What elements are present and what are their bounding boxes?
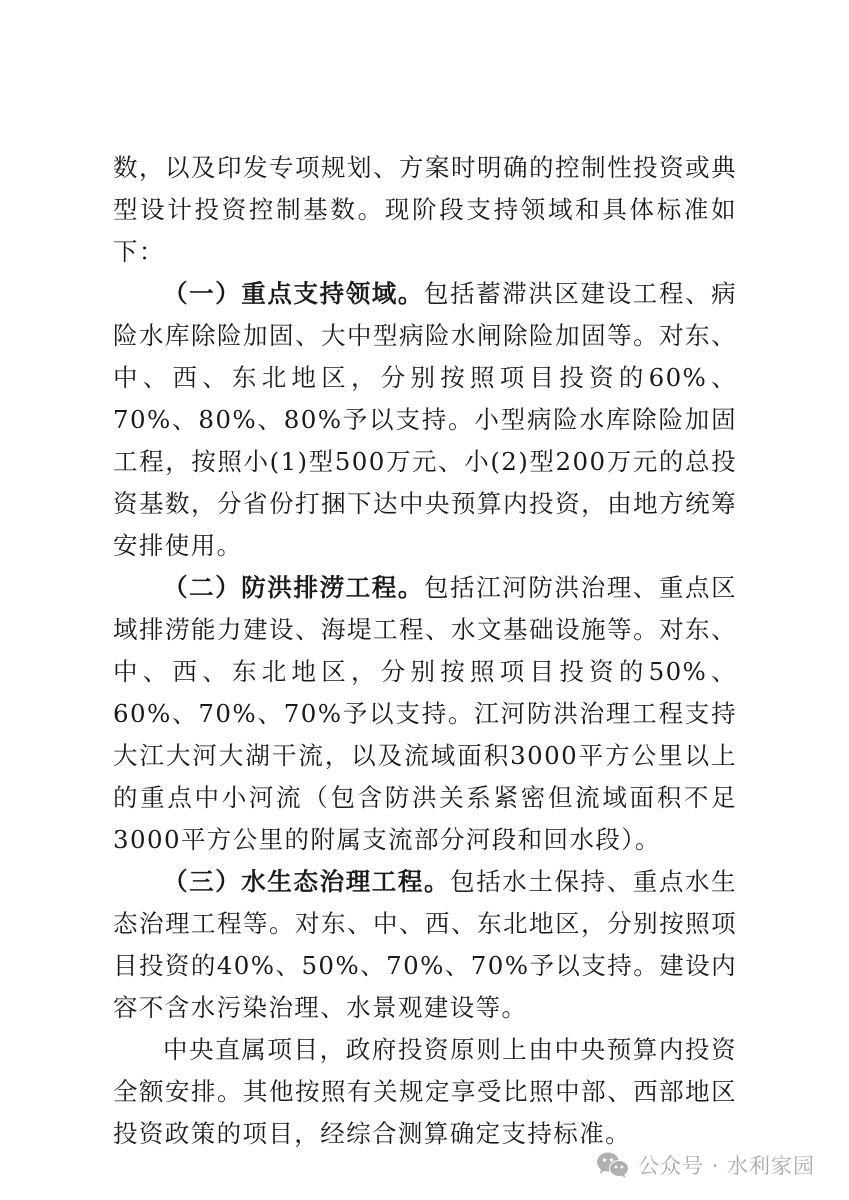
paragraph-flood-control: （二）防洪排涝工程。包括江河防洪治理、重点区域排涝能力建设、海堤工程、水文基础设… xyxy=(113,567,737,861)
paragraph-water-ecology: （三）水生态治理工程。包括水土保持、重点水生态治理工程等。对东、中、西、东北地区… xyxy=(113,861,737,1029)
paragraph-text: 中央直属项目，政府投资原则上由中央预算内投资全额安排。其他按照有关规定享受比照中… xyxy=(113,1035,737,1148)
watermark-text: 公众号 · 水利家园 xyxy=(638,1150,815,1180)
wechat-watermark: 公众号 · 水利家园 xyxy=(596,1150,815,1180)
section-heading-3: （三）水生态治理工程。 xyxy=(163,867,450,896)
wechat-icon xyxy=(596,1151,630,1179)
paragraph-text: 包括蓄滞洪区建设工程、病险水库除险加固、大中型病险水闸除险加固等。对东、中、西、… xyxy=(113,279,737,560)
paragraph-text: 数，以及印发专项规划、方案时明确的控制性投资或典型设计投资控制基数。现阶段支持领… xyxy=(113,153,737,266)
section-heading-2: （二）防洪排涝工程。 xyxy=(163,573,424,602)
paragraph-text: 包括江河防洪治理、重点区域排涝能力建设、海堤工程、水文基础设施等。对东、中、西、… xyxy=(113,573,737,854)
section-heading-1: （一）重点支持领域。 xyxy=(163,279,424,308)
document-page: 数，以及印发专项规划、方案时明确的控制性投资或典型设计投资控制基数。现阶段支持领… xyxy=(113,147,737,1155)
paragraph-key-support-areas: （一）重点支持领域。包括蓄滞洪区建设工程、病险水库除险加固、大中型病险水闸除险加… xyxy=(113,273,737,567)
paragraph-intro-continuation: 数，以及印发专项规划、方案时明确的控制性投资或典型设计投资控制基数。现阶段支持领… xyxy=(113,147,737,273)
paragraph-central-projects: 中央直属项目，政府投资原则上由中央预算内投资全额安排。其他按照有关规定享受比照中… xyxy=(113,1029,737,1155)
